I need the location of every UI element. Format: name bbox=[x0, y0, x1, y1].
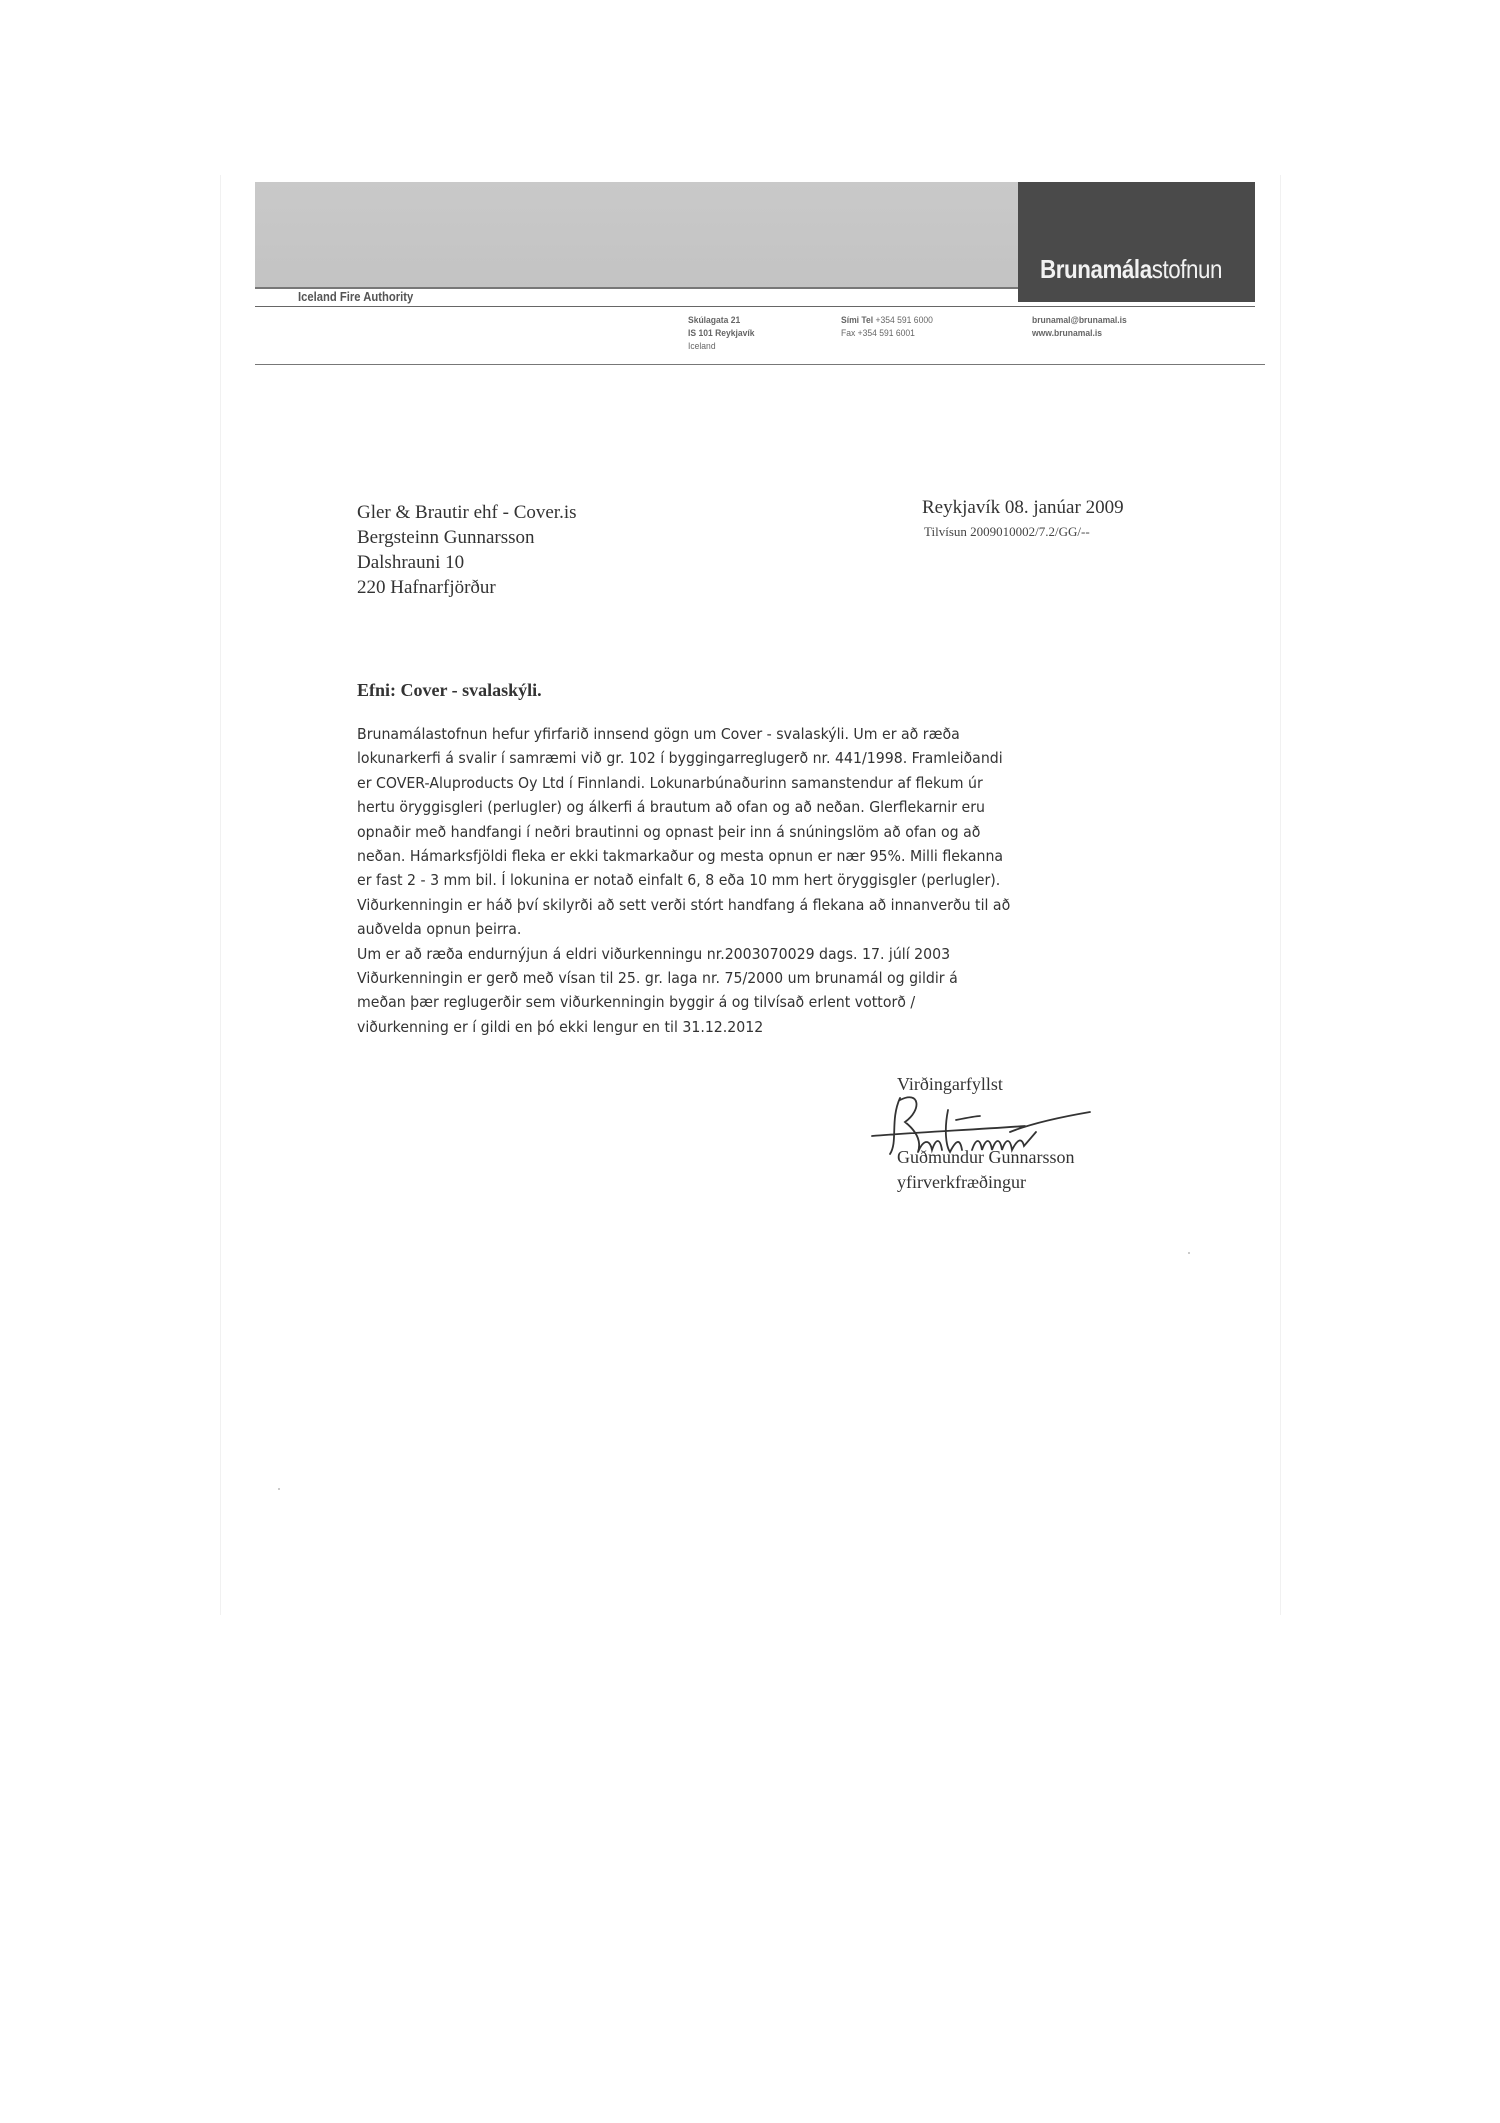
address-country: Iceland bbox=[688, 340, 755, 353]
body-line: opnaðir með handfangi í neðri brautinni … bbox=[357, 820, 1101, 844]
letterhead-phone: Sími Tel +354 591 6000 Fax +354 591 6001 bbox=[841, 314, 933, 340]
scan-speck bbox=[1188, 1252, 1190, 1254]
body-line: auðvelda opnun þeirra. bbox=[357, 917, 1101, 941]
email-text: brunamal@brunamal.is bbox=[1032, 314, 1127, 327]
tel-number: +354 591 6000 bbox=[876, 315, 933, 326]
body-line: er COVER-Aluproducts Oy Ltd í Finnlandi.… bbox=[357, 771, 1101, 795]
brand-logotype: Brunamálastofnun bbox=[1040, 254, 1222, 285]
address-street: Skúlagata 21 bbox=[688, 314, 755, 327]
letterhead-web: brunamal@brunamal.is www.brunamal.is bbox=[1032, 314, 1127, 340]
recipient-line: Bergsteinn Gunnarsson bbox=[357, 525, 577, 550]
fax-number: +354 591 6001 bbox=[858, 328, 915, 339]
letterhead-rule-bottom bbox=[255, 364, 1265, 365]
recipient-line: Gler & Brautir ehf - Cover.is bbox=[357, 500, 577, 525]
address-city: IS 101 Reykjavík bbox=[688, 327, 755, 340]
subject-line: Efni: Cover - svalaskýli. bbox=[357, 680, 542, 701]
body-line: Brunamálastofnun hefur yfirfarið innsend… bbox=[357, 722, 1101, 746]
signatory-name: Guðmundur Gunnarsson bbox=[897, 1147, 1075, 1168]
brand-bold: Brunamála bbox=[1040, 254, 1152, 284]
fax-label: Fax bbox=[841, 328, 855, 339]
body-line: lokunarkerfi á svalir í samræmi við gr. … bbox=[357, 746, 1101, 770]
body-line: Um er að ræða endurnýjun á eldri viðurke… bbox=[357, 942, 1101, 966]
letter-body: Brunamálastofnun hefur yfirfarið innsend… bbox=[357, 722, 1101, 1039]
tel-label: Sími Tel bbox=[841, 315, 873, 326]
scan-edge-right bbox=[1280, 175, 1281, 1615]
body-line: neðan. Hámarksfjöldi fleka er ekki takma… bbox=[357, 844, 1101, 868]
letterhead-rule-top bbox=[255, 306, 1255, 307]
recipient-line: 220 Hafnarfjörður bbox=[357, 575, 577, 600]
body-line: meðan þær reglugerðir sem viðurkenningin… bbox=[357, 990, 1101, 1014]
scan-edge-left bbox=[220, 175, 221, 1615]
brand-light: stofnun bbox=[1152, 254, 1222, 284]
letterhead-band bbox=[255, 182, 1020, 288]
letterhead-band-rule bbox=[255, 287, 1020, 289]
reference-number: Tilvísun 2009010002/7.2/GG/-- bbox=[924, 524, 1090, 540]
scan-speck bbox=[278, 1488, 280, 1490]
letterhead-address: Skúlagata 21 IS 101 Reykjavík Iceland bbox=[688, 314, 755, 353]
website-text: www.brunamal.is bbox=[1032, 327, 1127, 340]
body-line: Viðurkenningin er háð því skilyrði að se… bbox=[357, 893, 1101, 917]
recipient-line: Dalshrauni 10 bbox=[357, 550, 577, 575]
authority-name: Iceland Fire Authority bbox=[298, 290, 413, 304]
signatory-title: yfirverkfræðingur bbox=[897, 1172, 1026, 1193]
recipient-address: Gler & Brautir ehf - Cover.is Bergsteinn… bbox=[357, 500, 577, 600]
body-line: viðurkenning er í gildi en þó ekki lengu… bbox=[357, 1015, 1101, 1039]
body-line: hertu öryggisgleri (perlugler) og álkerf… bbox=[357, 795, 1101, 819]
body-line: er fast 2 - 3 mm bil. Í lokunina er nota… bbox=[357, 868, 1101, 892]
body-line: Viðurkenningin er gerð með vísan til 25.… bbox=[357, 966, 1101, 990]
date-line: Reykjavík 08. janúar 2009 bbox=[922, 497, 1124, 519]
